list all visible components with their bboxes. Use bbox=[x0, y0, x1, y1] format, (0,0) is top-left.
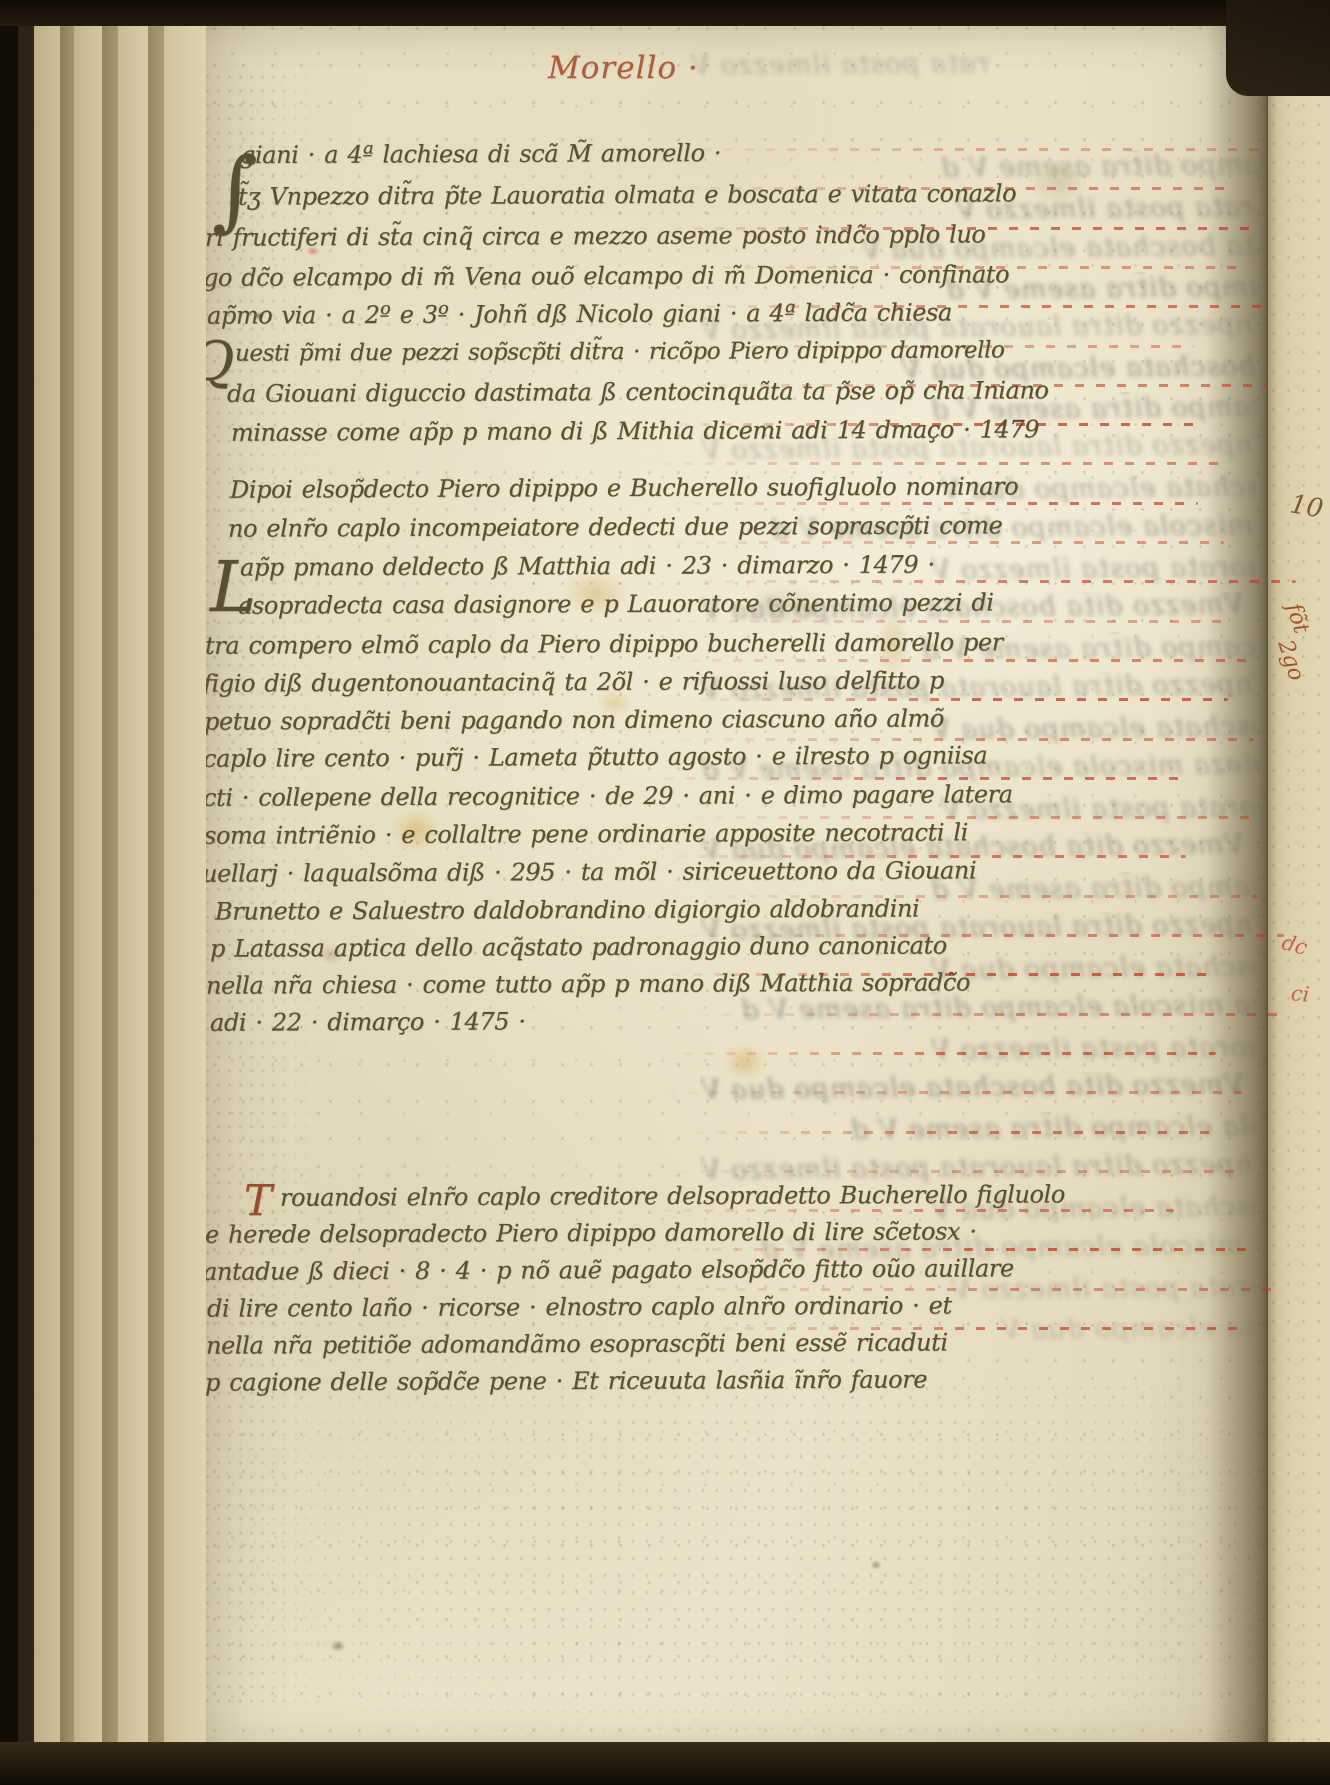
manuscript-line: ri fructiferi di st̃a cinq̃ circa e mezz… bbox=[205, 220, 986, 251]
page-edge-stack bbox=[118, 0, 148, 1785]
manuscript-line: soma intriẽnio · e collaltre pene ordina… bbox=[204, 818, 968, 849]
bottom-binding-band bbox=[0, 1742, 1330, 1785]
red-ruling-line bbox=[642, 462, 1222, 465]
red-ruling-line bbox=[678, 698, 1228, 701]
red-ruling-line bbox=[653, 1288, 1272, 1291]
red-ruling-line bbox=[649, 659, 1252, 662]
red-ruling-line bbox=[666, 620, 1226, 623]
manuscript-line: ap̃mo via · a 2º e 3º · Johñ dß Nicolo g… bbox=[207, 298, 952, 329]
page-edge-stack bbox=[164, 0, 206, 1785]
red-ruling-line bbox=[683, 580, 1296, 583]
manuscript-line: p cagione delle sop̃dc̃e pene · Et riceu… bbox=[205, 1365, 927, 1396]
red-ruling-line bbox=[680, 1013, 1286, 1016]
bleedthrough-text: pieza miscola elcampo dit̃ra aseme V d bbox=[930, 872, 1256, 906]
manuscript-line: uesti p̃mi due pezzi sop̃scp̃ti dit̃ra ·… bbox=[235, 337, 1005, 366]
manuscript-line: ap̃p pmano deldecto ß Matthia adi · 23 ·… bbox=[240, 550, 935, 581]
binding-spine bbox=[0, 0, 18, 1785]
page-edge-stack bbox=[60, 0, 74, 1785]
manuscript-line: asopradecta casa dasignore e p Lauorator… bbox=[238, 588, 994, 619]
page-edge-stack bbox=[102, 0, 118, 1785]
manuscript-line: no elnr̃o caplo incompeiatore dedecti du… bbox=[228, 511, 1003, 542]
manuscript-line: di lire cento lañо · ricorse · elnostro … bbox=[207, 1291, 952, 1322]
page-heading: Morello · bbox=[548, 50, 699, 86]
bleedthrough-ghost-text: Vnpezzo dit̃ra lauorata posta ilmezzo V bbox=[690, 48, 990, 82]
facing-page-edge bbox=[1266, 0, 1330, 1785]
bleedthrough-text: pieza miscola elcampo dit̃ra aseme V d bbox=[850, 1112, 1256, 1146]
red-ruling-line bbox=[671, 502, 1198, 505]
bleedthrough-ghost-text: pieza miscola elcampo dit̃ra aseme V d bbox=[930, 872, 1256, 906]
red-ruling-line bbox=[663, 1052, 1216, 1055]
stain-spot bbox=[330, 1640, 346, 1652]
manuscript-line: petuo sopradc̃ti beni pagando non dimeno… bbox=[204, 704, 944, 735]
bleedthrough-ghost-text: pieza miscola elcampo dit̃ra aseme V d bbox=[740, 992, 1256, 1026]
manuscript-line: nella nr̃a chiesa · come tutto ap̃p p ma… bbox=[206, 968, 970, 999]
manuscript-line: figio diß dugentonouantacinq̃ ta 2õl · e… bbox=[203, 666, 944, 697]
page-edge-stack bbox=[74, 0, 102, 1785]
margin-red-note: ci bbox=[1290, 981, 1311, 1007]
page-edge-stack bbox=[148, 0, 164, 1785]
manuscript-line: giani · a 4ª lachiesa di scã M̃ amorello… bbox=[240, 139, 721, 169]
top-right-binding bbox=[1226, 0, 1330, 96]
red-ruling-line bbox=[644, 777, 1184, 780]
bleedthrough-text: Vnpezzo dit̃ra lauorata posta ilmezzo V bbox=[930, 1032, 1256, 1066]
manuscript-line: adi · 22 · dimarço · 1475 · bbox=[210, 1007, 526, 1036]
red-ruling-line bbox=[646, 1091, 1242, 1094]
initial-long-i: ∫ bbox=[212, 138, 258, 241]
red-ruling-line bbox=[661, 738, 1254, 741]
manuscript-line: e herede delsopradecto Piero dipippo dam… bbox=[205, 1217, 977, 1248]
bleedthrough-text: pieza miscola elcampo dit̃ra aseme V d bbox=[740, 992, 1256, 1026]
manuscript-line: rouandosi elnr̃o caplo creditore delsopr… bbox=[280, 1180, 1065, 1211]
manuscript-line: da Giouani diguccio dastimata ß centocin… bbox=[227, 376, 1049, 408]
manuscript-line: uellarj · laqualsõma diß · 295 · ta mõl … bbox=[202, 856, 976, 887]
page-edge-stack bbox=[34, 0, 60, 1785]
red-ruling-line bbox=[675, 1131, 1218, 1134]
manuscript-line: nella nr̃a petitiõe adomandãmo esoprascp… bbox=[206, 1328, 948, 1359]
top-binding-band bbox=[0, 0, 1330, 26]
manuscript-line: tra compero elmõ caplo da Piero dipippo … bbox=[205, 628, 1003, 659]
manuscript-line: caplo lire cento · pur̃j · Lameta p̃tutt… bbox=[203, 741, 987, 772]
manuscript-line: p Latassa aptica dello acq̃stato padrona… bbox=[210, 931, 947, 962]
initial-l: L bbox=[210, 546, 256, 628]
initial-t-red: T bbox=[244, 1176, 272, 1225]
bleedthrough-ghost-text: pieza miscola elcampo dit̃ra aseme V d bbox=[850, 1112, 1256, 1146]
red-ruling-line bbox=[670, 1248, 1246, 1251]
red-ruling-line bbox=[658, 1170, 1244, 1173]
red-ruling-line bbox=[640, 148, 1260, 151]
manuscript-line: Dipoi elsop̃decto Piero dipippo e Bucher… bbox=[230, 472, 1018, 503]
manuscript-line: Brunetto e Saluestro daldobrandino digio… bbox=[215, 894, 919, 925]
bleedthrough-text: Vmezzo dit̃a boschata elcampo dua V bbox=[930, 952, 1256, 986]
bleedthrough-text: Vnpezzo dit̃ra lauorata posta ilmezzo V bbox=[690, 48, 990, 82]
bleedthrough-ghost-text: Vmezzo dit̃a boschata elcampo dua V bbox=[930, 952, 1256, 986]
manuscript-line: minasse come ap̃p p mano di ß Mithia dic… bbox=[231, 415, 1039, 447]
stain-spot bbox=[870, 1560, 882, 1570]
manuscript-line: antadue ß dieci · 8 · 4 · p nõ auẽ pagat… bbox=[203, 1254, 1014, 1286]
manuscript-scan: Vnpezzo dit̃ra lauorata posta ilmezzo Vp… bbox=[0, 0, 1330, 1785]
manuscript-line: go dc̃o elcampo di m̃ Vena ouõ elcampo d… bbox=[203, 260, 1009, 292]
bleedthrough-ghost-text: Vmezzo dit̃a boschata elcampo dua V bbox=[700, 1072, 1256, 1106]
bleedthrough-ghost-text: Vnpezzo dit̃ra lauorata posta ilmezzo V bbox=[930, 1032, 1256, 1066]
manuscript-line: t̃ʒ Vnpezzo dit̃ra p̃te Lauoratia olmata… bbox=[238, 179, 1016, 210]
binding-spine-inner bbox=[18, 0, 34, 1785]
manuscript-line: cti · collepene della recognitice · de 2… bbox=[203, 780, 1013, 812]
bleedthrough-text: Vmezzo dit̃a boschata elcampo dua V bbox=[700, 1072, 1244, 1106]
folio-number: 10 bbox=[1288, 489, 1326, 524]
red-ruling-line bbox=[654, 541, 1224, 544]
